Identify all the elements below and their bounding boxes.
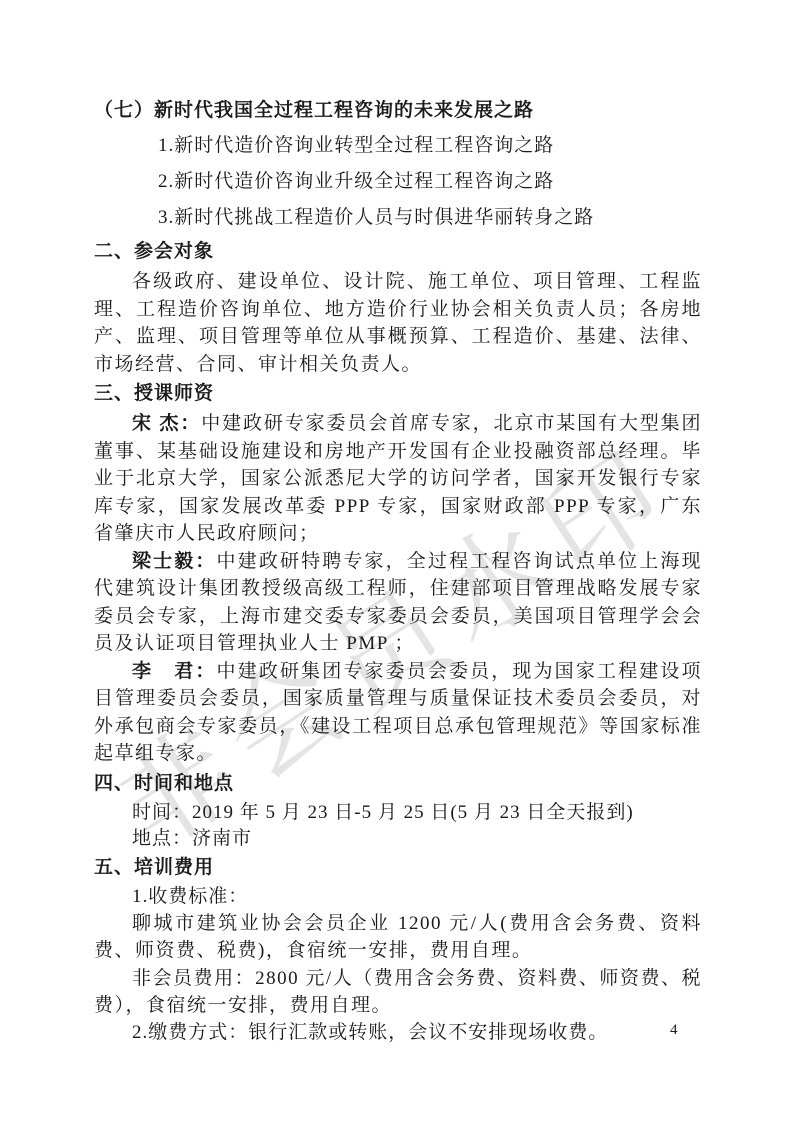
teacher-name: 宋 杰： — [132, 413, 201, 434]
fee-item1-title: 1.收费标准： — [94, 884, 702, 910]
location-line: 地点：济南市 — [94, 826, 702, 852]
member-fee-paragraph: 聊城市建筑业协会会员企业 1200 元/人(费用含会务费、资料费、师资费、税费)… — [94, 910, 702, 965]
teacher-paragraph: 梁士毅：中建政研特聘专家，全过程工程咨询试点单位上海现代建筑设计集团教授级高级工… — [94, 548, 702, 658]
section2-heading: 二、参会对象 — [94, 236, 702, 268]
section7-heading: （七）新时代我国全过程工程咨询的未来发展之路 — [94, 94, 702, 128]
payment-method-line: 2.缴费方式：银行汇款或转账，会议不安排现场收费。 — [94, 1020, 702, 1046]
section2-body: 各级政府、建设单位、设计院、施工单位、项目管理、工程监理、工程造价咨询单位、地方… — [94, 268, 702, 378]
teacher-paragraph: 李 君：中建政研集团专家委员会委员，现为国家工程建设项目管理委员会委员，国家质量… — [94, 658, 702, 768]
document-page: 非会员水印 （七）新时代我国全过程工程咨询的未来发展之路 1.新时代造价咨询业转… — [0, 0, 793, 1122]
teacher-name: 李 君： — [132, 661, 217, 682]
section3-heading: 三、授课师资 — [94, 378, 702, 410]
section7-item-2: 2.新时代造价咨询业升级全过程工程咨询之路 — [94, 164, 702, 200]
teacher-paragraph: 宋 杰：中建政研专家委员会首席专家，北京市某国有大型集团董事、某基础设施建设和房… — [94, 410, 702, 548]
section4-heading: 四、时间和地点 — [94, 768, 702, 800]
document-content: （七）新时代我国全过程工程咨询的未来发展之路 1.新时代造价咨询业转型全过程工程… — [94, 94, 702, 1046]
time-line: 时间：2019 年 5 月 23 日-5 月 25 日(5 月 23 日全天报到… — [94, 800, 702, 826]
section7-item-3: 3.新时代挑战工程造价人员与时俱进华丽转身之路 — [94, 200, 702, 236]
section5-heading: 五、培训费用 — [94, 852, 702, 884]
nonmember-fee-paragraph: 非会员费用：2800 元/人（费用含会务费、资料费、师资费、税费），食宿统一安排… — [94, 965, 702, 1020]
page-number: 4 — [670, 1022, 678, 1039]
teacher-name: 梁士毅： — [132, 551, 217, 572]
section7-item-1: 1.新时代造价咨询业转型全过程工程咨询之路 — [94, 128, 702, 164]
